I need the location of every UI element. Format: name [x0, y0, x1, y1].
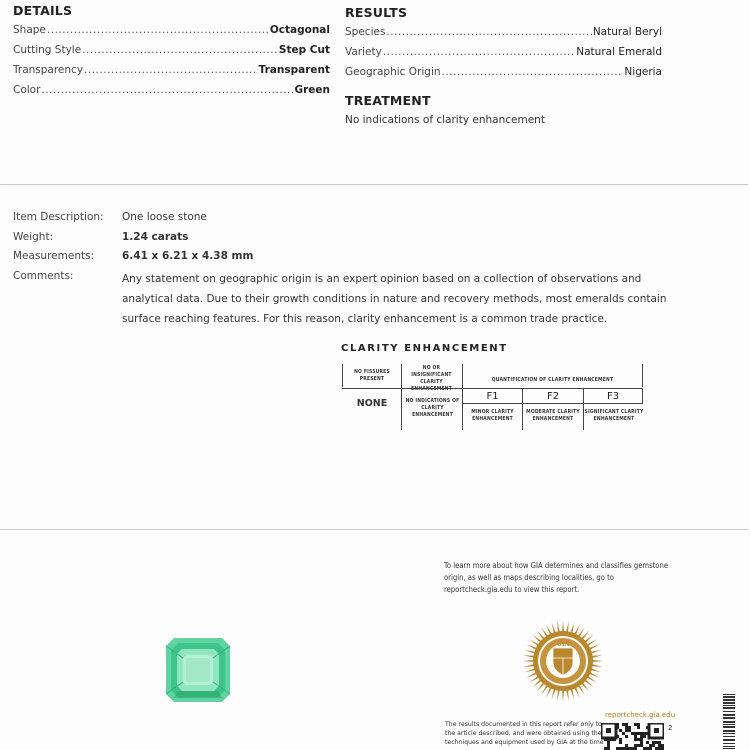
clarity-enhancement-title: CLARITY ENHANCEMENT [341, 343, 508, 354]
detail-row-transparency: TransparencyTransparent [13, 64, 330, 80]
grade-f3-desc: SIGNIFICANT CLARITY ENHANCEMENT [584, 409, 644, 423]
barcode [723, 694, 735, 750]
section-divider [0, 529, 748, 530]
result-row-geographic-origin: Geographic OriginNigeria [345, 66, 662, 82]
no-fissures-header: NO FISSURES PRESENT [345, 369, 399, 383]
leader-dots [84, 64, 258, 76]
none-value: NONE [345, 398, 399, 409]
detail-row-shape: ShapeOctagonal [13, 24, 330, 40]
qr-number: 2 [668, 724, 672, 732]
leader-dots [386, 26, 591, 38]
quantification-header: QUANTIFICATION OF CLARITY ENHANCEMENT [464, 377, 641, 384]
svg-text:GIA: GIA [557, 641, 570, 648]
table-line [642, 364, 643, 387]
no-indications-value: NO INDICATIONS OF CLARITY ENHANCEMENT [405, 398, 460, 419]
section-divider [0, 184, 748, 185]
detail-label: Transparency [13, 64, 83, 76]
qr-code[interactable] [601, 723, 664, 750]
grade-f2: F2 [523, 391, 583, 402]
detail-label: Cutting Style [13, 44, 81, 56]
leader-dots [383, 46, 575, 58]
gia-seal-icon: GIA [522, 620, 604, 702]
grade-f3: F3 [584, 391, 642, 402]
result-value: Natural Beryl [593, 26, 662, 38]
leader-dots [82, 44, 278, 56]
grade-f1-desc: MINOR CLARITY ENHANCEMENT [465, 409, 520, 423]
insignificant-header: NO OR INSIGNIFICANT CLARITY ENHANCEMENT [403, 365, 460, 393]
comments-value: Any statement on geographic origin is an… [122, 269, 682, 329]
detail-value: Step Cut [279, 44, 330, 56]
comments-label: Comments: [13, 270, 73, 282]
result-label: Variety [345, 46, 382, 58]
measurements-label: Measurements: [13, 250, 94, 262]
table-line [462, 403, 643, 404]
detail-value: Green [294, 84, 330, 96]
measurements-value: 6.41 x 6.21 x 4.38 mm [122, 250, 253, 262]
treatment-text: No indications of clarity enhancement [345, 114, 545, 126]
detail-row-cutting-style: Cutting StyleStep Cut [13, 44, 330, 60]
table-line [401, 364, 402, 430]
grade-f2-desc: MODERATE CLARITY ENHANCEMENT [525, 409, 581, 423]
weight-value: 1.24 carats [122, 231, 188, 243]
result-value: Nigeria [624, 66, 662, 78]
result-label: Species [345, 26, 385, 38]
reportcheck-url[interactable]: reportcheck.gia.edu [605, 711, 675, 719]
detail-value: Transparent [259, 64, 330, 76]
detail-value: Octagonal [270, 24, 330, 36]
learn-more-text: To learn more about how GIA determines a… [444, 560, 684, 596]
detail-label: Color [13, 84, 40, 96]
item-description-label: Item Description: [13, 211, 104, 223]
weight-label: Weight: [13, 231, 53, 243]
result-row-variety: VarietyNatural Emerald [345, 46, 662, 62]
detail-label: Shape [13, 24, 46, 36]
details-heading: DETAILS [13, 3, 72, 18]
result-row-species: SpeciesNatural Beryl [345, 26, 662, 42]
leader-dots [47, 24, 269, 36]
table-line [342, 388, 643, 389]
disclaimer-text: The results documented in this report re… [445, 720, 605, 747]
table-line [342, 364, 343, 387]
result-label: Geographic Origin [345, 66, 441, 78]
result-value: Natural Emerald [576, 46, 662, 58]
treatment-heading: TREATMENT [345, 93, 431, 108]
emerald-stone-image [164, 636, 232, 704]
item-description-value: One loose stone [122, 211, 207, 223]
results-heading: RESULTS [345, 5, 407, 20]
detail-row-color: ColorGreen [13, 84, 330, 100]
table-line [642, 389, 643, 404]
leader-dots [442, 66, 624, 78]
grade-f1: F1 [463, 391, 522, 402]
leader-dots [41, 84, 293, 96]
